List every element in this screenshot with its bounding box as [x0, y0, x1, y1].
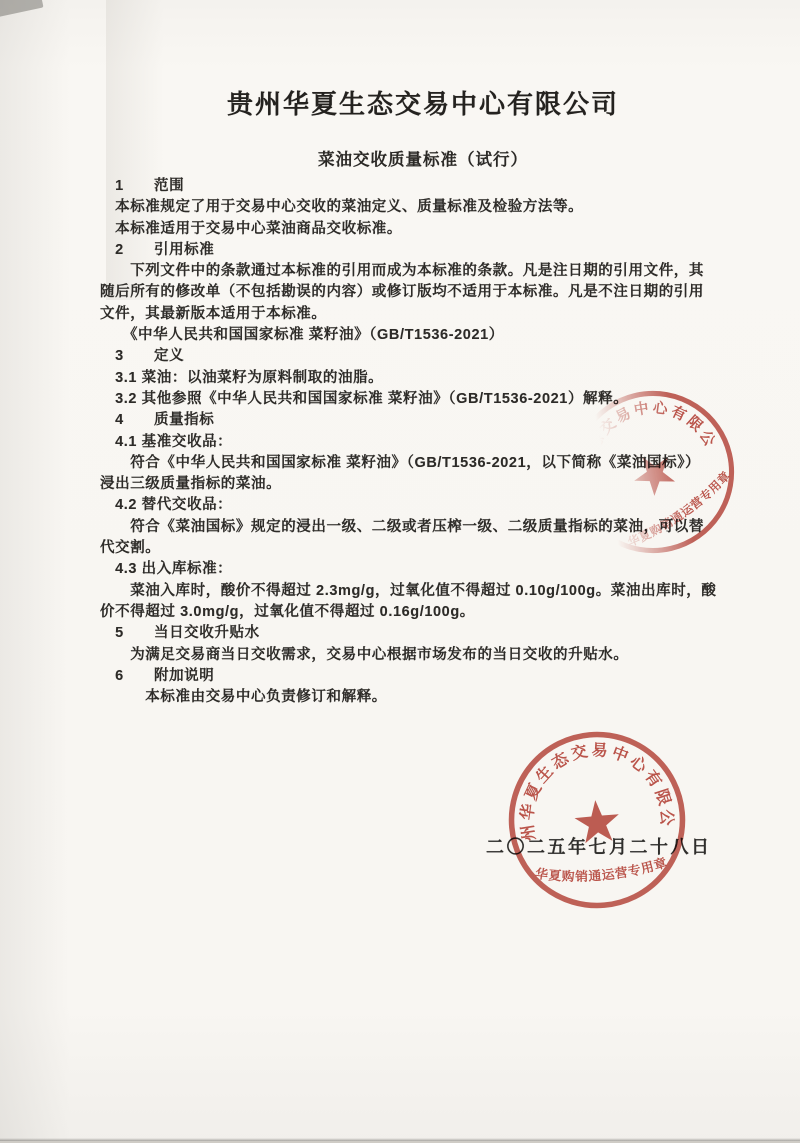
document-subtitle: 菜油交收质量标准（试行） — [100, 146, 746, 170]
company-seal-stamp: 贵州华夏生态交易中心有限公司 华夏购销通运营专用章 — [486, 709, 708, 931]
seal-arc-text: 贵州华夏生态交易中心有限公司 — [477, 700, 678, 846]
document-line: 3 定义 — [100, 346, 780, 367]
document-line: 价不得超过 3.0mg/g，过氧化值不得超过 0.16g/100g。 — [100, 602, 780, 623]
document-line: 本标准适用于交易中心菜油商品交收标准。 — [100, 219, 780, 240]
seal-star-icon — [573, 798, 621, 844]
document-line: 为满足交易商当日交收需求，交易中心根据市场发布的当日交收的升贴水。 — [100, 645, 780, 666]
partial-seal-stamp: 贵州华夏生态交易中心有限公司 华夏购销通运营专用章 — [551, 370, 755, 574]
document-line: 《中华人民共和国国家标准 菜籽油》（GB/T1536-2021） — [100, 325, 780, 346]
seal-banner-text: 华夏购销通运营专用章 — [533, 854, 670, 888]
document-line: 菜油入库时，酸价不得超过 2.3mg/g，过氧化值不得超过 0.10g/100g… — [100, 581, 780, 602]
document-line: 文件，其最新版本适用于本标准。 — [100, 304, 780, 325]
document-line: 6 附加说明 — [100, 666, 780, 687]
document-line: 2 引用标准 — [100, 240, 780, 261]
company-title: 贵州华夏生态交易中心有限公司 — [100, 84, 746, 121]
document-line: 本标准规定了用于交易中心交收的菜油定义、质量标准及检验方法等。 — [100, 197, 780, 218]
document-line: 1 范围 — [100, 176, 780, 197]
paper-left-shadow — [0, 0, 70, 1143]
document-line: 随后所有的修改单（不包括勘误的内容）或修订版均不适用于本标准。凡是不注日期的引用 — [100, 282, 780, 303]
document-line: 5 当日交收升贴水 — [100, 623, 780, 644]
scanned-document-page: 贵州华夏生态交易中心有限公司 菜油交收质量标准（试行） 1 范围 本标准规定了用… — [0, 0, 800, 1143]
seal-star-icon — [626, 445, 682, 500]
document-line: 下列文件中的条款通过本标准的引用而成为本标准的条款。凡是注日期的引用文件，其 — [100, 261, 780, 282]
